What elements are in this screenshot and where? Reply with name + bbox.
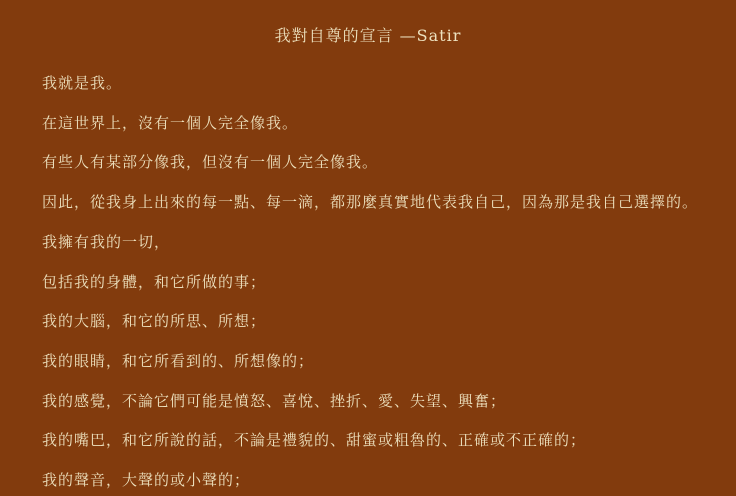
declaration-line: 我就是我。 bbox=[42, 64, 726, 104]
declaration-line: 我擁有我的一切， bbox=[42, 223, 726, 263]
declaration-line: 包括我的身體，和它所做的事； bbox=[42, 263, 726, 303]
declaration-line: 因此，從我身上出來的每一點、每一滴，都那麼真實地代表我自己，因為那是我自己選擇的… bbox=[42, 183, 726, 223]
declaration-line: 我的感覺，不論它們可能是憤怒、喜悅、挫折、愛、失望、興奮； bbox=[42, 382, 726, 422]
declaration-line: 我的眼睛，和它所看到的、所想像的； bbox=[42, 342, 726, 382]
declaration-page: 我對自尊的宣言 —Satir 我就是我。在這世界上，沒有一個人完全像我。有些人有… bbox=[0, 0, 736, 496]
declaration-line: 我的聲音，大聲的或小聲的； bbox=[42, 461, 726, 496]
declaration-body: 我就是我。在這世界上，沒有一個人完全像我。有些人有某部分像我，但沒有一個人完全像… bbox=[0, 46, 736, 496]
declaration-line: 我的大腦，和它的所思、所想； bbox=[42, 302, 726, 342]
declaration-line: 我的嘴巴，和它所說的話，不論是禮貌的、甜蜜或粗魯的、正確或不正確的； bbox=[42, 421, 726, 461]
declaration-line: 在這世界上，沒有一個人完全像我。 bbox=[42, 104, 726, 144]
page-title: 我對自尊的宣言 —Satir bbox=[0, 0, 736, 46]
declaration-line: 有些人有某部分像我，但沒有一個人完全像我。 bbox=[42, 143, 726, 183]
